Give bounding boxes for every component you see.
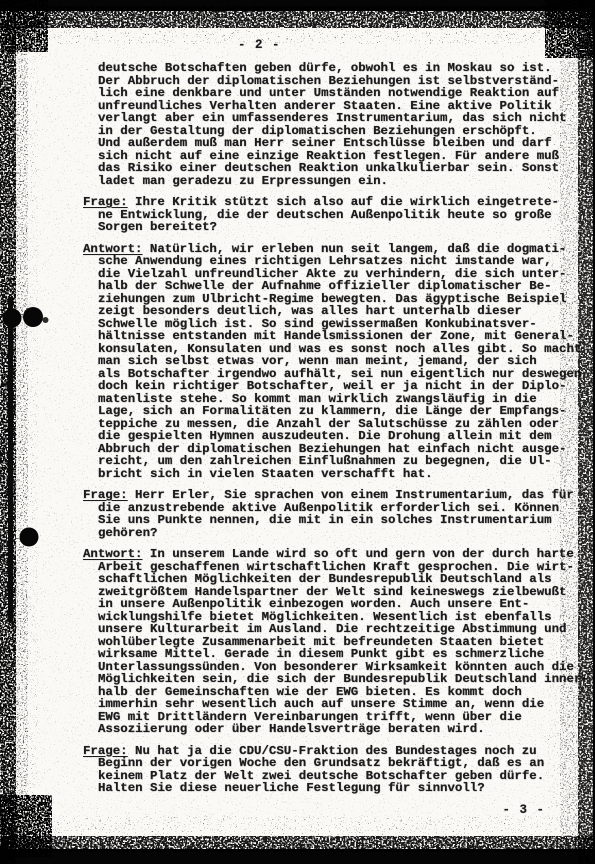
page-number-footer: - 3 -	[83, 804, 545, 817]
paragraph-text: Ihre Kritik stützt sich also auf die wir…	[98, 195, 559, 234]
document-body: deutsche Botschaften geben dürfe, obwohl…	[83, 62, 595, 816]
paragraph-text: Natürlich, wir erleben nun seit langem, …	[98, 242, 581, 481]
paragraph: deutsche Botschaften geben dürfe, obwohl…	[83, 62, 595, 187]
paragraph: Frage: Herr Erler, Sie sprachen von eine…	[83, 489, 595, 539]
page-number-header: - 2 -	[238, 38, 281, 52]
paragraph-text: Herr Erler, Sie sprachen von einem Instr…	[98, 488, 574, 540]
paragraph-text: Nu hat ja die CDU/CSU-Fraktion des Bunde…	[98, 744, 544, 796]
paragraph-text: deutsche Botschaften geben dürfe, obwohl…	[98, 61, 566, 188]
bottom-black-bar	[0, 849, 595, 864]
paragraph: Antwort: Natürlich, wir erleben nun seit…	[83, 243, 595, 481]
paragraph: Frage: Ihre Kritik stützt sich also auf …	[83, 196, 595, 234]
scanned-document-page: - 2 - deutsche Botschaften geben dürfe, …	[0, 0, 595, 864]
paragraph: Antwort: In unserem Lande wird so oft un…	[83, 548, 595, 736]
paragraph: Frage: Nu hat ja die CDU/CSU-Fraktion de…	[83, 745, 595, 795]
paragraph-text: In unserem Lande wird so oft und gern vo…	[98, 547, 589, 736]
